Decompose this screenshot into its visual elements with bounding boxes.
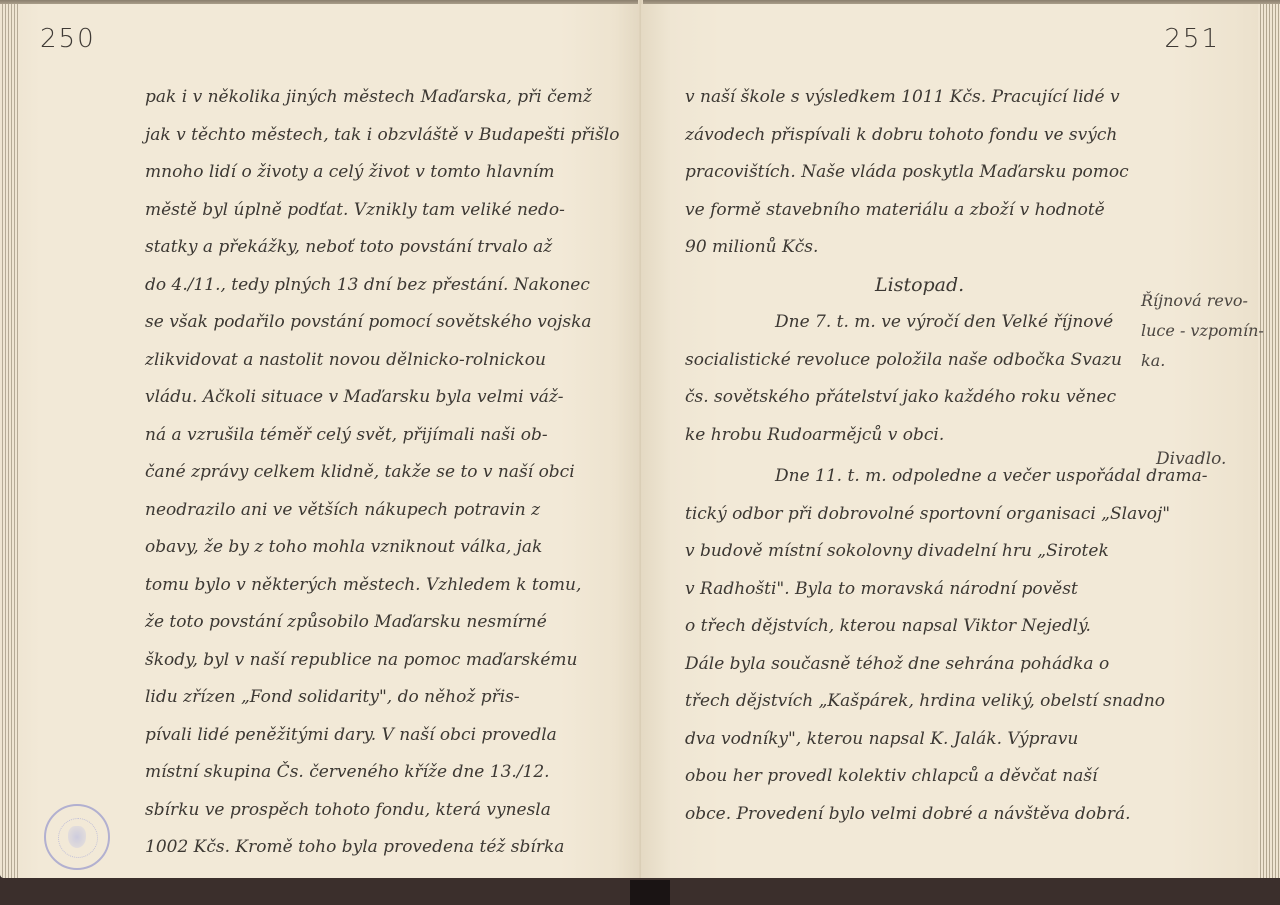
right-page: 251 v naší škole s výsledkem 1011 Kčs. P… bbox=[641, 4, 1280, 880]
page-number-left: 250 bbox=[40, 24, 96, 54]
left-page-stack-edge bbox=[0, 4, 18, 878]
open-book: 250 pak i v několika jiných městech Maďa… bbox=[0, 0, 1280, 905]
text-line: v Radhošti". Byla to moravská národní po… bbox=[685, 571, 1125, 609]
text-line: ke hrobu Rudoarmějců v obci. bbox=[685, 417, 1125, 455]
left-page: 250 pak i v několika jiných městech Maďa… bbox=[0, 4, 641, 878]
text-line: čs. sovětského přátelství jako každého r… bbox=[685, 379, 1125, 417]
text-line: pracovištích. Naše vláda poskytla Maďars… bbox=[685, 154, 1125, 192]
text-line: v budově místní sokolovny divadelní hru … bbox=[685, 533, 1125, 571]
right-page-stack-edge bbox=[1258, 4, 1280, 880]
text-line: ná a vzrušila téměř celý svět, přijímali… bbox=[145, 417, 585, 455]
text-line: o třech dějstvích, kterou napsal Viktor … bbox=[685, 608, 1125, 646]
text-line: obavy, že by z toho mohla vzniknout válk… bbox=[145, 529, 585, 567]
text-line: škody, byl v naší republice na pomoc maď… bbox=[145, 642, 585, 680]
text-line: tomu bylo v některých městech. Vzhledem … bbox=[145, 567, 585, 605]
left-page-text: pak i v několika jiných městech Maďarska… bbox=[145, 79, 585, 867]
stamp-emblem-icon bbox=[68, 826, 86, 848]
text-line: socialistické revoluce položila naše odb… bbox=[685, 342, 1125, 380]
text-line: statky a překážky, neboť toto povstání t… bbox=[145, 229, 585, 267]
text-line: čané zprávy celkem klidně, takže se to v… bbox=[145, 454, 585, 492]
text-line: 90 milionů Kčs. bbox=[685, 229, 1125, 267]
text-line: zlikvidovat a nastolit novou dělnicko-ro… bbox=[145, 342, 585, 380]
text-line: 1002 Kčs. Kromě toho byla provedena též … bbox=[145, 829, 585, 867]
margin-note-october-revolution: Říjnová revo- luce - vzpomín- ka. bbox=[1141, 286, 1264, 376]
text-line: tický odbor při dobrovolné sportovní org… bbox=[685, 496, 1125, 534]
text-line: Dne 11. t. m. odpoledne a večer uspořáda… bbox=[685, 458, 1125, 496]
text-line: v naší škole s výsledkem 1011 Kčs. Pracu… bbox=[685, 79, 1125, 117]
text-line: obou her provedl kolektiv chlapců a děvč… bbox=[685, 758, 1125, 796]
text-line: do 4./11., tedy plných 13 dní bez přestá… bbox=[145, 267, 585, 305]
margin-note-line: ka. bbox=[1141, 346, 1264, 376]
text-line: pak i v několika jiných městech Maďarska… bbox=[145, 79, 585, 117]
page-number-right: 251 bbox=[1164, 24, 1220, 54]
text-line: vládu. Ačkoli situace v Maďarsku byla ve… bbox=[145, 379, 585, 417]
text-line: mnoho lidí o životy a celý život v tomto… bbox=[145, 154, 585, 192]
right-page-text: v naší škole s výsledkem 1011 Kčs. Pracu… bbox=[685, 79, 1125, 833]
text-line: neodrazilo ani ve větších nákupech potra… bbox=[145, 492, 585, 530]
text-line: třech dějstvích „Kašpárek, hrdina veliký… bbox=[685, 683, 1125, 721]
book-spine bbox=[630, 880, 670, 905]
margin-note-theatre: Divadlo. bbox=[1156, 444, 1226, 474]
margin-note-line: Divadlo. bbox=[1156, 444, 1226, 474]
text-line: jak v těchto městech, tak i obzvláště v … bbox=[145, 117, 585, 155]
text-line: že toto povstání způsobilo Maďarsku nesm… bbox=[145, 604, 585, 642]
text-line: městě byl úplně podťat. Vznikly tam veli… bbox=[145, 192, 585, 230]
text-line: místní skupina Čs. červeného kříže dne 1… bbox=[145, 754, 585, 792]
text-line: se však podařilo povstání pomocí sovětsk… bbox=[145, 304, 585, 342]
margin-note-line: Říjnová revo- bbox=[1141, 286, 1264, 316]
text-line: ve formě stavebního materiálu a zboží v … bbox=[685, 192, 1125, 230]
text-line: lidu zřízen „Fond solidarity", do něhož … bbox=[145, 679, 585, 717]
text-line: Dále byla současně téhož dne sehrána poh… bbox=[685, 646, 1125, 684]
text-line: dva vodníky", kterou napsal K. Jalák. Vý… bbox=[685, 721, 1125, 759]
text-line: sbírku ve prospěch tohoto fondu, která v… bbox=[145, 792, 585, 830]
text-line: Dne 7. t. m. ve výročí den Velké říjnové bbox=[685, 304, 1125, 342]
official-stamp-icon bbox=[44, 804, 110, 870]
text-line: pívali lidé peněžitými dary. V naší obci… bbox=[145, 717, 585, 755]
margin-note-line: luce - vzpomín- bbox=[1141, 316, 1264, 346]
text-line: obce. Provedení bylo velmi dobré a návšt… bbox=[685, 796, 1125, 834]
text-line: závodech přispívali k dobru tohoto fondu… bbox=[685, 117, 1125, 155]
section-heading-listopad: Listopad. bbox=[685, 267, 1125, 305]
